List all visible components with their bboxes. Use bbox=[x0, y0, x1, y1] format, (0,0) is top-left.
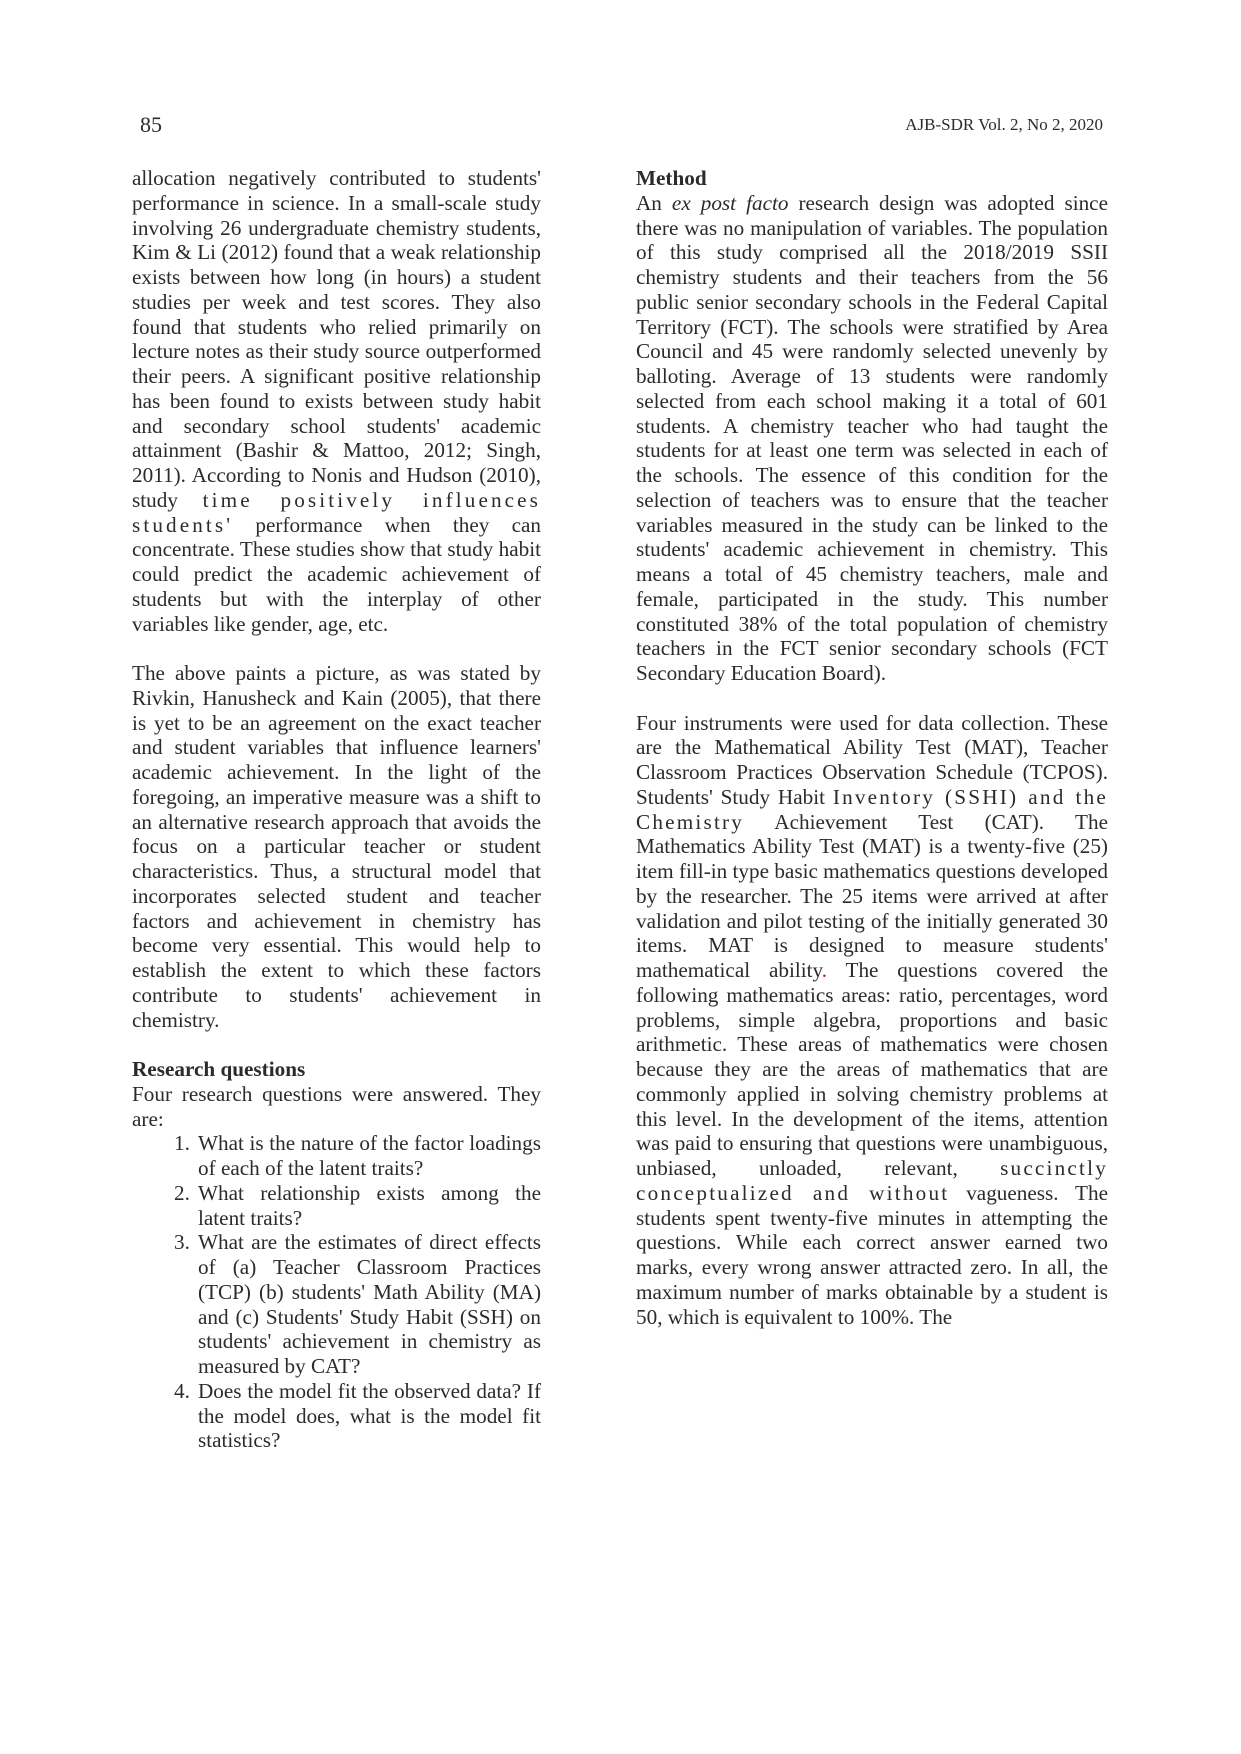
list-item: 4.Does the model fit the observed data? … bbox=[132, 1379, 541, 1453]
running-head: AJB-SDR Vol. 2, No 2, 2020 bbox=[905, 114, 1103, 136]
method-heading: Method bbox=[636, 166, 1108, 191]
paragraph-gap bbox=[636, 686, 1108, 711]
paragraph-text: The questions covered the following math… bbox=[636, 958, 1108, 1180]
list-number: 2. bbox=[174, 1181, 190, 1206]
rationale-paragraph: The above paints a picture, as was state… bbox=[132, 661, 541, 1032]
list-number: 3. bbox=[174, 1230, 190, 1255]
method-paragraph: An ex post facto research design was ado… bbox=[636, 191, 1108, 686]
list-number: 4. bbox=[174, 1379, 190, 1404]
left-column: allocation negatively contributed to stu… bbox=[132, 166, 541, 1453]
list-text: Does the model fit the observed data? If… bbox=[198, 1379, 541, 1453]
paragraph-gap bbox=[132, 1032, 541, 1057]
research-questions-intro: Four research questions were answered. T… bbox=[132, 1082, 541, 1132]
list-number: 1. bbox=[174, 1131, 190, 1156]
paragraph-text: An bbox=[636, 191, 672, 215]
paragraph-text: allocation negatively contributed to stu… bbox=[132, 166, 541, 512]
list-text: What are the estimates of direct effects… bbox=[198, 1230, 541, 1378]
right-column: Method An ex post facto research design … bbox=[636, 166, 1108, 1329]
list-text: What relationship exists among the laten… bbox=[198, 1181, 541, 1230]
paragraph-text: Achievement Test (CAT). The Mathematics … bbox=[636, 810, 1108, 983]
literature-paragraph: allocation negatively contributed to stu… bbox=[132, 166, 541, 636]
list-item: 3.What are the estimates of direct effec… bbox=[132, 1230, 541, 1379]
list-item: 2.What relationship exists among the lat… bbox=[132, 1181, 541, 1231]
list-item: 1.What is the nature of the factor loadi… bbox=[132, 1131, 541, 1181]
paragraph-text: research design was adopted since there … bbox=[636, 191, 1108, 685]
paragraph-gap bbox=[132, 636, 541, 661]
instruments-paragraph: Four instruments were used for data coll… bbox=[636, 711, 1108, 1330]
research-questions-list: 1.What is the nature of the factor loadi… bbox=[132, 1131, 541, 1453]
page-number: 85 bbox=[140, 112, 162, 138]
research-questions-heading: Research questions bbox=[132, 1057, 541, 1082]
list-text: What is the nature of the factor loading… bbox=[198, 1131, 541, 1180]
italic-term: ex post facto bbox=[672, 191, 789, 215]
